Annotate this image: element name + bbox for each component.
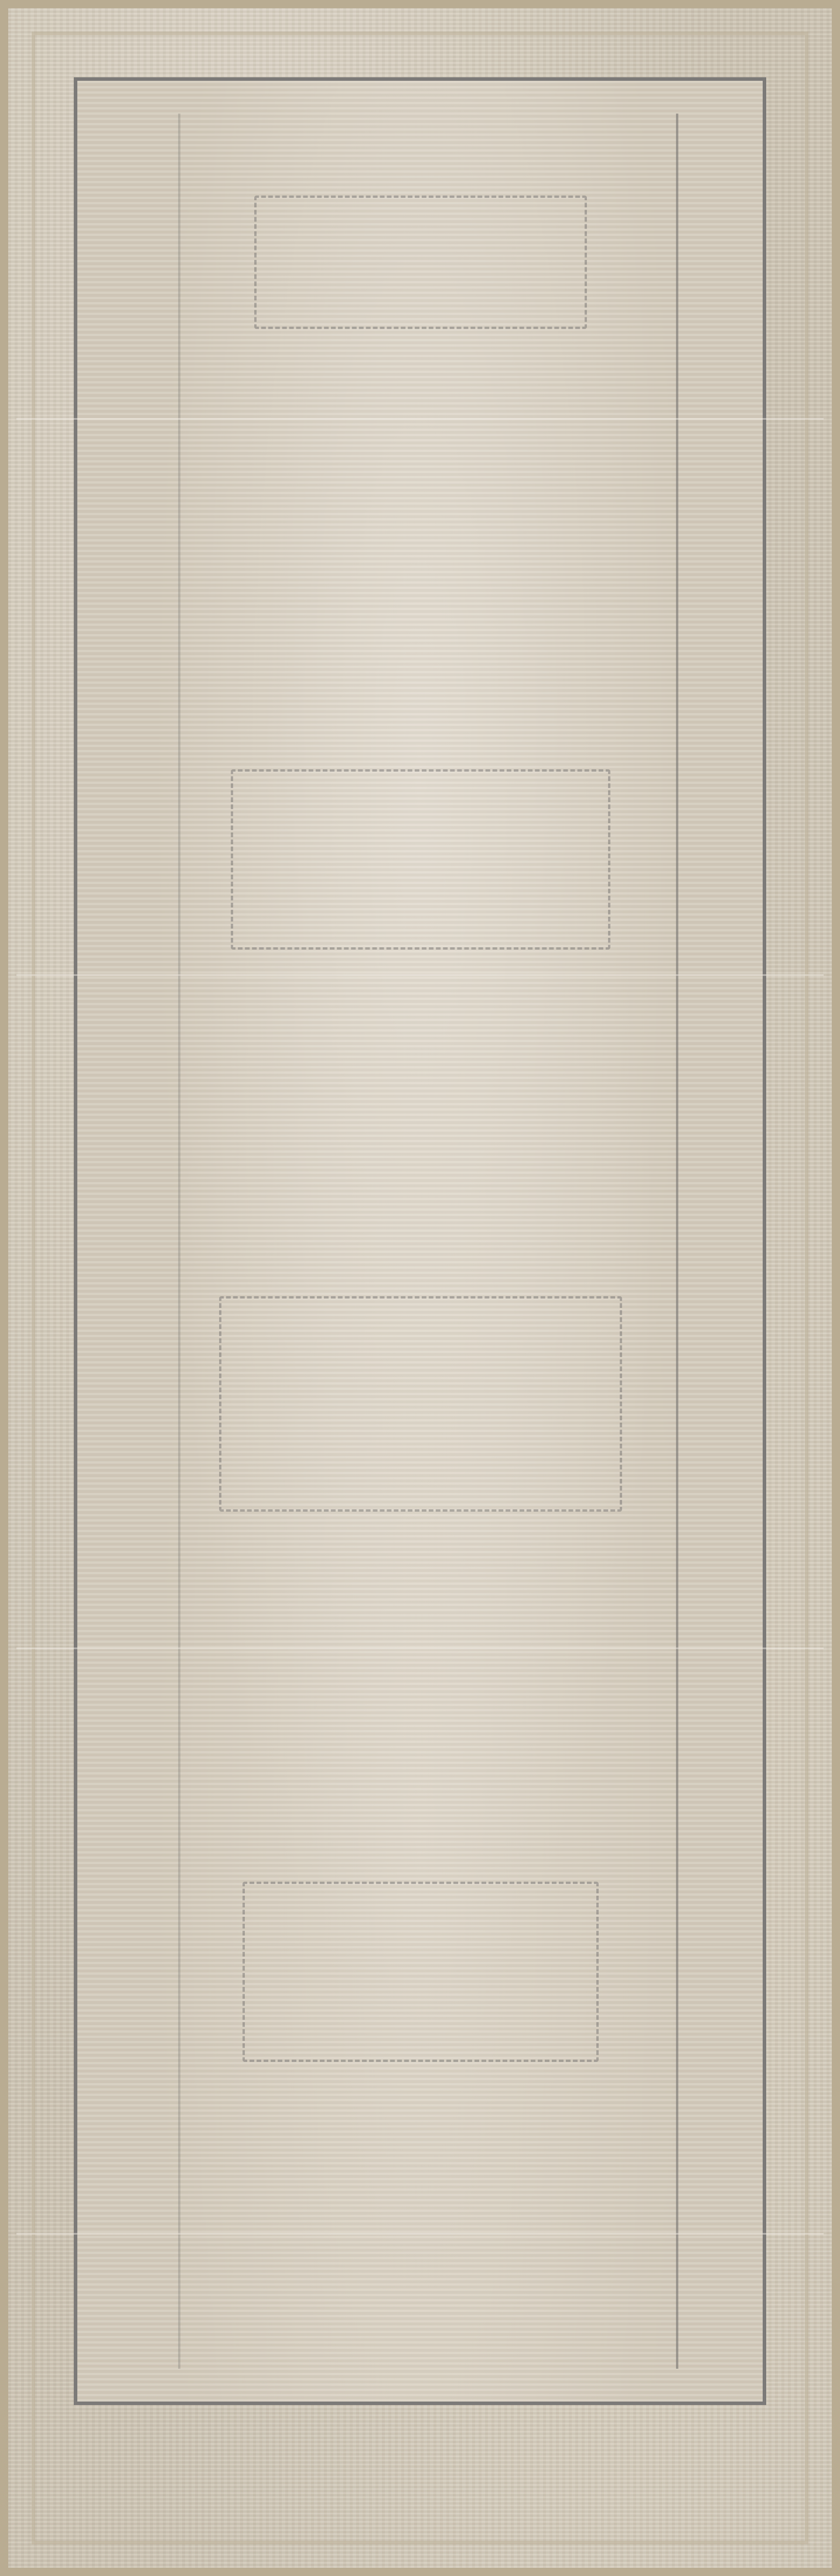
rug-motif — [219, 1296, 622, 1512]
rug-side-band-right — [676, 114, 678, 2369]
rug-motif — [254, 196, 587, 329]
rug-texture-line — [16, 1647, 824, 1649]
rug-motif — [243, 1882, 599, 2062]
rug-texture-line — [16, 418, 824, 420]
rug-side-band-left — [178, 114, 180, 2369]
rug-motif — [231, 769, 610, 950]
rug-texture-line — [16, 974, 824, 976]
rug-texture-line — [16, 2233, 824, 2235]
rug-image — [0, 0, 840, 2576]
